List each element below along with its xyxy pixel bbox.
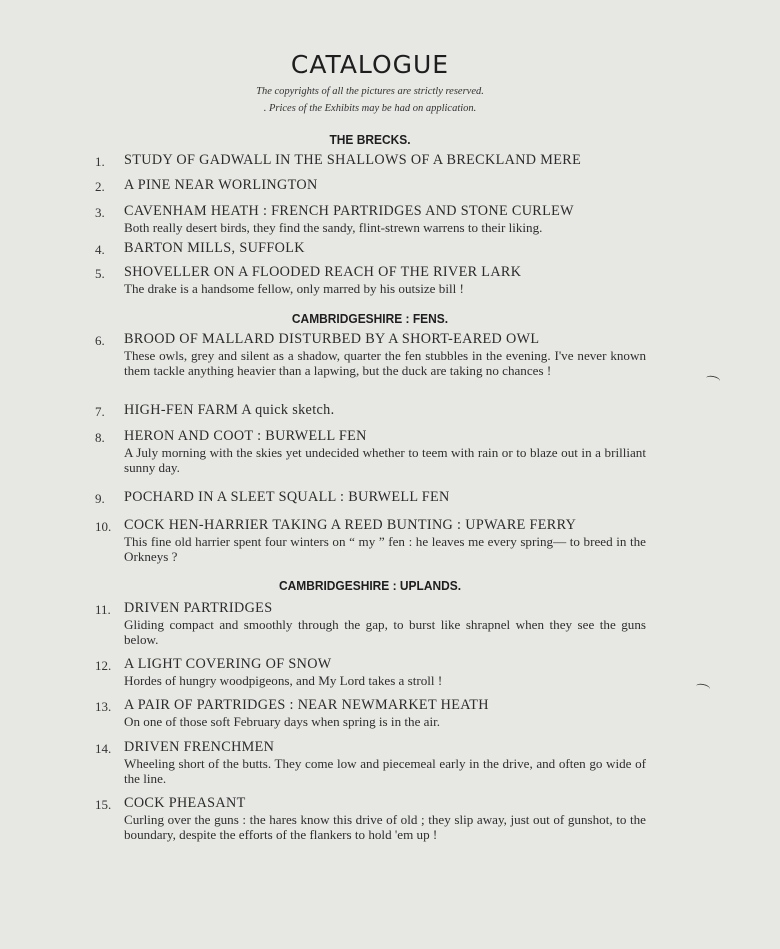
item-title: A LIGHT COVERING OF SNOW — [124, 656, 332, 673]
item-description: Curling over the guns : the hares know t… — [124, 813, 646, 842]
copyright-note: The copyrights of all the pictures are s… — [0, 86, 740, 97]
section-heading-fens: CAMBRIDGESHIRE : FENS. — [30, 311, 711, 326]
item-description: Gliding compact and smoothly through the… — [124, 618, 646, 647]
item-description: Both really desert birds, they find the … — [124, 221, 646, 236]
item-number: 8. — [95, 430, 119, 446]
item-title: STUDY OF GADWALL IN THE SHALLOWS OF A BR… — [124, 152, 581, 169]
item-number: 15. — [95, 797, 119, 813]
item-number: 2. — [95, 179, 119, 195]
item-title: DRIVEN PARTRIDGES — [124, 600, 272, 617]
item-number: 11. — [95, 602, 119, 618]
item-number: 1. — [95, 154, 119, 170]
section-heading-brecks: THE BRECKS. — [30, 132, 711, 147]
item-title: COCK HEN-HARRIER TAKING A REED BUNTING :… — [124, 517, 576, 534]
item-description: Wheeling short of the butts. They come l… — [124, 757, 646, 786]
item-number: 12. — [95, 658, 119, 674]
prices-note: . Prices of the Exhibits may be had on a… — [0, 103, 740, 114]
item-title: POCHARD IN A SLEET SQUALL : BURWELL FEN — [124, 489, 450, 506]
item-title: DRIVEN FRENCHMEN — [124, 739, 274, 756]
item-number: 14. — [95, 741, 119, 757]
item-number: 10. — [95, 519, 119, 535]
item-number: 3. — [95, 205, 119, 221]
catalogue-page: CATALOGUE The copyrights of all the pict… — [0, 0, 780, 949]
item-title: BARTON MILLS, SUFFOLK — [124, 240, 305, 257]
item-description: The drake is a handsome fellow, only mar… — [124, 282, 646, 297]
item-title: BROOD OF MALLARD DISTURBED BY A SHORT-EA… — [124, 331, 539, 348]
section-heading-uplands: CAMBRIDGESHIRE : UPLANDS. — [30, 578, 711, 593]
item-title: HIGH-FEN FARM A quick sketch. — [124, 402, 334, 419]
item-number: 13. — [95, 699, 119, 715]
item-description: On one of those soft February days when … — [124, 715, 646, 730]
item-number: 6. — [95, 333, 119, 349]
item-description: A July morning with the skies yet undeci… — [124, 446, 646, 475]
item-description: Hordes of hungry woodpigeons, and My Lor… — [124, 674, 646, 689]
item-title: A PINE NEAR WORLINGTON — [124, 177, 318, 194]
item-title: COCK PHEASANT — [124, 795, 246, 812]
item-title: HERON AND COOT : BURWELL FEN — [124, 428, 367, 445]
item-number: 4. — [95, 242, 119, 258]
item-title: A PAIR OF PARTRIDGES : NEAR NEWMARKET HE… — [124, 697, 489, 714]
margin-mark — [695, 683, 710, 693]
item-title: CAVENHAM HEATH : FRENCH PARTRIDGES AND S… — [124, 203, 574, 220]
item-number: 5. — [95, 266, 119, 282]
item-number: 9. — [95, 491, 119, 507]
item-title: SHOVELLER ON A FLOODED REACH OF THE RIVE… — [124, 264, 521, 281]
item-description: These owls, grey and silent as a shadow,… — [124, 349, 646, 378]
margin-mark — [705, 375, 720, 385]
item-description: This fine old harrier spent four winters… — [124, 535, 646, 564]
page-title: CATALOGUE — [0, 50, 740, 79]
item-number: 7. — [95, 404, 119, 420]
